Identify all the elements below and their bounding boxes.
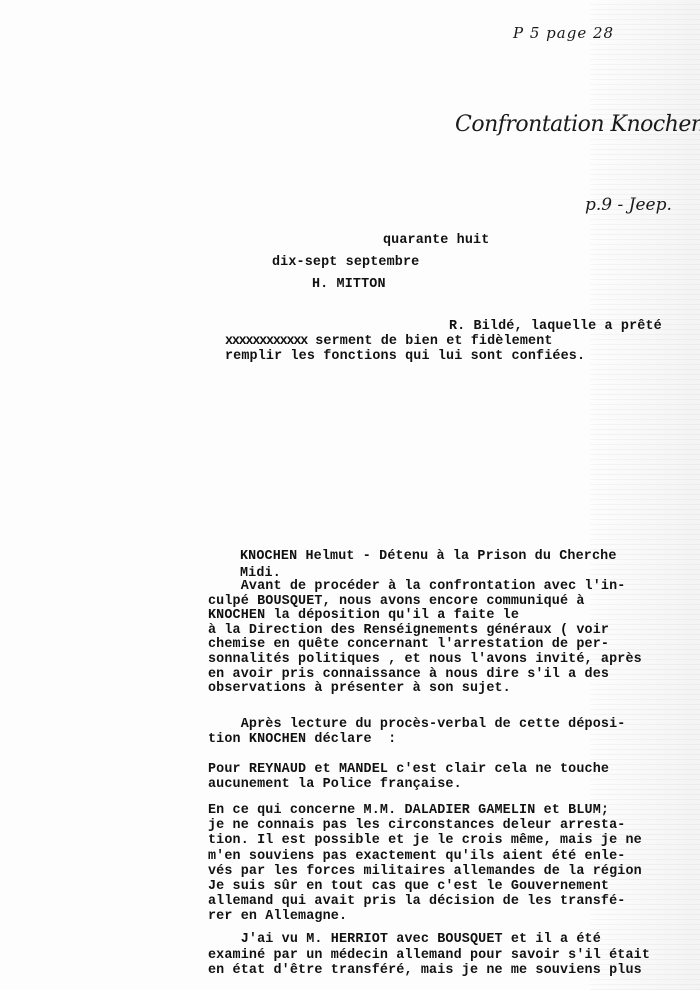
handwritten-title: Confrontation Knochen [455, 112, 700, 137]
text-line: examiné par un médecin allemand pour sav… [208, 948, 650, 964]
text-line: vés par les forces militaires allemandes… [208, 864, 642, 879]
oath-paragraph: R. Bildé, laquelle a prêtéxxxxxxxxxxxx s… [225, 319, 662, 364]
text-line: rer en Allemagne. [208, 909, 642, 924]
oath-line-2: xxxxxxxxxxxx serment de bien et fidèleme… [225, 334, 662, 349]
document-page: P 5 page 28 Confrontation Knochen p.9 - … [0, 0, 700, 990]
text-line: tion. Il est possible et je le crois mêm… [208, 833, 642, 848]
text-line: allemand qui avait pris la décision de l… [208, 894, 642, 909]
text-line: en avoir pris connaissance à nous dire s… [208, 668, 642, 683]
struck-out-text: xxxxxxxxxxxx [225, 334, 307, 349]
handwritten-page-reference: P 5 page 28 [513, 24, 614, 42]
handwritten-side-reference: p.9 - Jeep. [585, 195, 672, 215]
daladier-paragraph: En ce qui concerne M.M. DALADIER GAMELIN… [208, 803, 642, 925]
text-line: J'ai vu M. HERRIOT avec BOUSQUET et il a… [208, 932, 650, 948]
text-line: aucunement la Police française. [208, 777, 609, 792]
intro-paragraph: Avant de procéder à la confrontation ave… [208, 580, 642, 697]
oath-line-2-text: serment de bien et fidèlement [307, 334, 553, 349]
clerk-name: H. MITTON [312, 277, 386, 292]
text-line: je ne connais pas les circonstances dele… [208, 818, 642, 833]
text-line: en état d'être transféré, mais je ne me … [208, 963, 650, 979]
date-line: dix-sept septembre [272, 255, 419, 270]
text-line: Pour REYNAUD et MANDEL c'est clair cela … [208, 762, 609, 777]
witness-line-1: KNOCHEN Helmut - Détenu à la Prison du C… [240, 548, 617, 565]
text-line: chemise en quête concernant l'arrestatio… [208, 638, 642, 653]
text-line: observations à présenter à son sujet. [208, 682, 642, 697]
text-line: à la Direction des Renséignements généra… [208, 624, 642, 639]
herriot-paragraph: J'ai vu M. HERRIOT avec BOUSQUET et il a… [208, 932, 650, 979]
text-line: sonnalités politiques , et nous l'avons … [208, 653, 642, 668]
text-line: En ce qui concerne M.M. DALADIER GAMELIN… [208, 803, 642, 818]
oath-line-1: R. Bildé, laquelle a prêté [225, 319, 662, 334]
text-line: Avant de procéder à la confrontation ave… [208, 580, 642, 595]
text-line: KNOCHEN la déposition qu'il a faite le [208, 609, 642, 624]
after-reading-paragraph: Après lecture du procès-verbal de cette … [208, 717, 625, 747]
year-line: quarante huit [383, 233, 489, 248]
witness-header: KNOCHEN Helmut - Détenu à la Prison du C… [240, 548, 617, 582]
oath-line-3: remplir les fonctions qui lui sont confi… [225, 349, 662, 364]
text-line: m'en souviens pas exactement qu'ils aien… [208, 849, 642, 864]
text-line: Après lecture du procès-verbal de cette … [208, 717, 625, 732]
text-line: Je suis sûr en tout cas que c'est le Gou… [208, 879, 642, 894]
reynaud-paragraph: Pour REYNAUD et MANDEL c'est clair cela … [208, 762, 609, 792]
text-line: culpé BOUSQUET, nous avons encore commun… [208, 595, 642, 610]
text-line: tion KNOCHEN déclare : [208, 732, 625, 747]
